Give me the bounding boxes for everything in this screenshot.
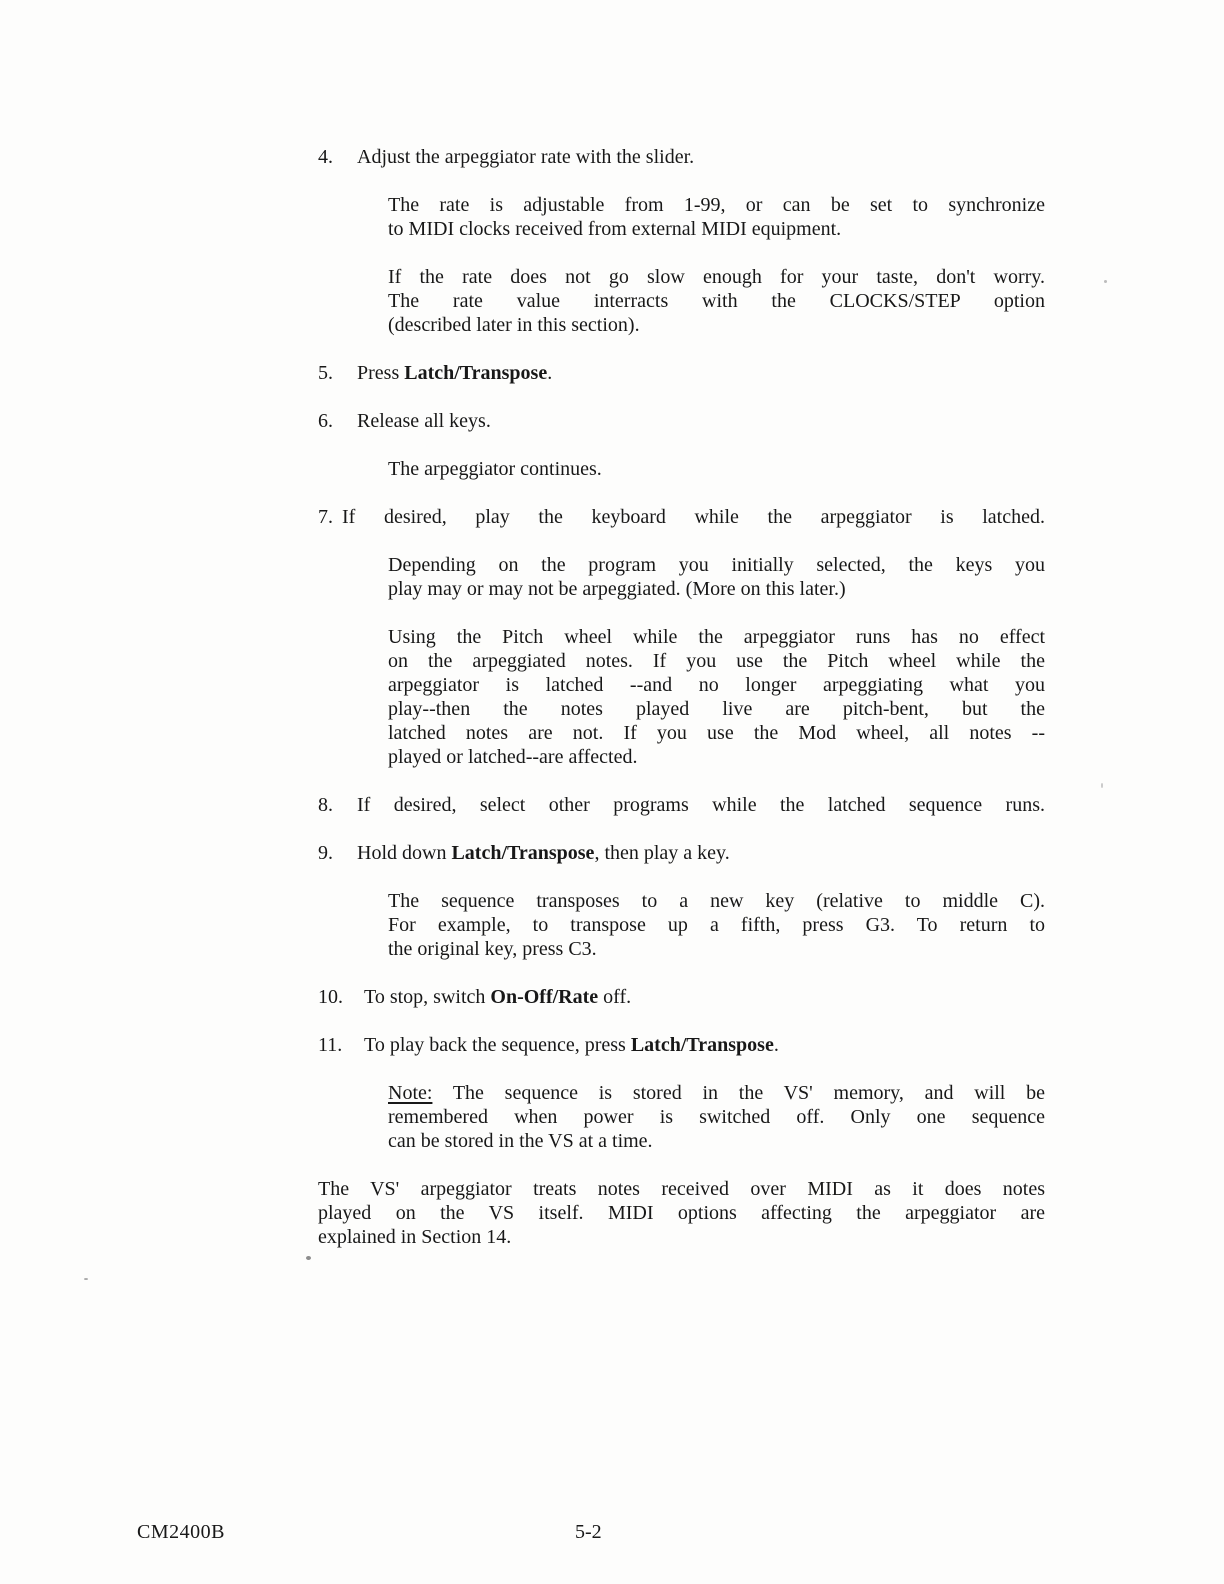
step-11-number: 11.	[318, 1033, 364, 1057]
step-9-post: , then play a key.	[594, 842, 729, 864]
paragraph-note: Note: The sequence is stored in the VS' …	[388, 1081, 1045, 1153]
step-8-text: If desired, select other programs while …	[357, 793, 1045, 817]
step-10-text: To stop, switch On-Off/Rate off.	[364, 985, 1045, 1009]
step-5-pre: Press	[357, 362, 404, 384]
text-line: Note: The sequence is stored in the VS' …	[388, 1081, 1045, 1105]
step-4: 4. Adjust the arpeggiator rate with the …	[318, 145, 1045, 169]
text-line: play may or may not be arpeggiated. (Mor…	[388, 577, 1045, 601]
scan-speck	[306, 1256, 311, 1260]
step-10: 10. To stop, switch On-Off/Rate off.	[318, 985, 1045, 1009]
text-line: Using the Pitch wheel while the arpeggia…	[388, 625, 1045, 649]
text-line: (described later in this section).	[388, 313, 1045, 337]
step-8-number: 8.	[318, 793, 357, 817]
scan-speck	[1101, 783, 1103, 788]
text-line: can be stored in the VS at a time.	[388, 1129, 1045, 1153]
scan-speck	[84, 1278, 88, 1280]
text-line: played or latched--are affected.	[388, 745, 1045, 769]
text-line: Depending on the program you initially s…	[388, 553, 1045, 577]
step-5: 5. Press Latch/Transpose.	[318, 361, 1045, 385]
paragraph-depending: Depending on the program you initially s…	[388, 553, 1045, 601]
text-line: The VS' arpeggiator treats notes receive…	[318, 1177, 1045, 1201]
step-4-text: Adjust the arpeggiator rate with the sli…	[357, 145, 1045, 169]
text-line: The sequence transposes to a new key (re…	[388, 889, 1045, 913]
step-8: 8. If desired, select other programs whi…	[318, 793, 1045, 817]
manual-page: 4. Adjust the arpeggiator rate with the …	[0, 0, 1224, 1584]
step-7-number: 7.	[318, 505, 342, 529]
paragraph-midi: The VS' arpeggiator treats notes receive…	[318, 1177, 1045, 1249]
text-line: play--then the notes played live are pit…	[388, 697, 1045, 721]
note-line1-rest: The sequence is stored in the VS' memory…	[432, 1082, 1045, 1104]
step-5-text: Press Latch/Transpose.	[357, 361, 1045, 385]
step-10-pre: To stop, switch	[364, 986, 490, 1008]
step-9-number: 9.	[318, 841, 357, 865]
text-line: The rate value interracts with the CLOCK…	[388, 289, 1045, 313]
note-label: Note:	[388, 1082, 432, 1104]
step-11-pre: To play back the sequence, press	[364, 1034, 631, 1056]
document-code: CM2400B	[137, 1520, 225, 1544]
paragraph-transpose: The sequence transposes to a new key (re…	[388, 889, 1045, 961]
step-4-number: 4.	[318, 145, 357, 169]
text-line: played on the VS itself. MIDI options af…	[318, 1201, 1045, 1225]
text-line: latched notes are not. If you use the Mo…	[388, 721, 1045, 745]
text-line: For example, to transpose up a fifth, pr…	[388, 913, 1045, 937]
paragraph-pitch-wheel: Using the Pitch wheel while the arpeggia…	[388, 625, 1045, 769]
step-6: 6. Release all keys.	[318, 409, 1045, 433]
text-line: If the rate does not go slow enough for …	[388, 265, 1045, 289]
step-10-number: 10.	[318, 985, 364, 1009]
step-9: 9. Hold down Latch/Transpose, then play …	[318, 841, 1045, 865]
text-line: arpeggiator is latched --and no longer a…	[388, 673, 1045, 697]
step-11-post: .	[774, 1034, 779, 1056]
text-line: on the arpeggiated notes. If you use the…	[388, 649, 1045, 673]
button-name-on-off-rate: On-Off/Rate	[490, 986, 598, 1008]
step-10-post: off.	[598, 986, 631, 1008]
text-line: explained in Section 14.	[318, 1225, 1045, 1249]
page-content: 4. Adjust the arpeggiator rate with the …	[318, 145, 1045, 1273]
button-name-latch-transpose: Latch/Transpose	[631, 1034, 774, 1056]
text-line: The arpeggiator continues.	[388, 457, 1045, 481]
step-7: 7. If desired, play the keyboard while t…	[318, 505, 1045, 529]
page-number: 5-2	[575, 1520, 602, 1544]
paragraph-continues: The arpeggiator continues.	[388, 457, 1045, 481]
step-11-text: To play back the sequence, press Latch/T…	[364, 1033, 1045, 1057]
step-6-number: 6.	[318, 409, 357, 433]
paragraph-rate-range: The rate is adjustable from 1-99, or can…	[388, 193, 1045, 241]
step-9-pre: Hold down	[357, 842, 451, 864]
text-line: to MIDI clocks received from external MI…	[388, 217, 1045, 241]
step-5-number: 5.	[318, 361, 357, 385]
scan-speck	[1104, 280, 1107, 283]
paragraph-rate-slow: If the rate does not go slow enough for …	[388, 265, 1045, 337]
step-5-post: .	[547, 362, 552, 384]
text-line: the original key, press C3.	[388, 937, 1045, 961]
text-line: remembered when power is switched off. O…	[388, 1105, 1045, 1129]
button-name-latch-transpose: Latch/Transpose	[404, 362, 547, 384]
step-11: 11. To play back the sequence, press Lat…	[318, 1033, 1045, 1057]
step-9-text: Hold down Latch/Transpose, then play a k…	[357, 841, 1045, 865]
step-7-text: If desired, play the keyboard while the …	[342, 505, 1045, 529]
button-name-latch-transpose: Latch/Transpose	[451, 842, 594, 864]
text-line: The rate is adjustable from 1-99, or can…	[388, 193, 1045, 217]
step-6-text: Release all keys.	[357, 409, 1045, 433]
